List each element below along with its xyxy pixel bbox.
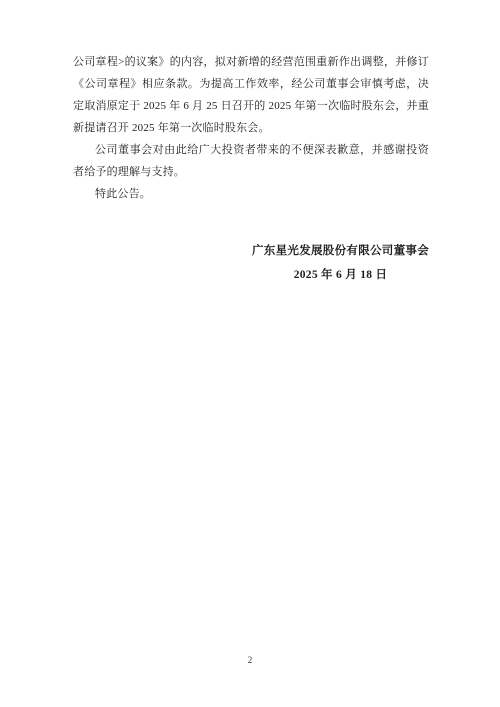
signature-block: 广东星光发展股份有限公司董事会 2025 年 6 月 18 日 (73, 240, 429, 286)
paragraph-apology: 公司董事会对由此给广大投资者带来的不便深表歉意，并感谢投资者给予的理解与支持。 (73, 139, 429, 183)
document-content: 公司章程>的议案》的内容，拟对新增的经营范围重新作出调整，并修订《公司章程》相应… (73, 51, 429, 286)
signature-company-name: 广东星光发展股份有限公司董事会 (252, 240, 429, 262)
signature-inner: 广东星光发展股份有限公司董事会 2025 年 6 月 18 日 (252, 240, 429, 286)
signature-date: 2025 年 6 月 18 日 (252, 264, 429, 286)
page-number: 2 (0, 654, 500, 666)
document-page: 公司章程>的议案》的内容，拟对新增的经营范围重新作出调整，并修订《公司章程》相应… (0, 0, 500, 707)
paragraph-closing: 特此公告。 (73, 183, 429, 205)
paragraph-continuation: 公司章程>的议案》的内容，拟对新增的经营范围重新作出调整，并修订《公司章程》相应… (73, 51, 429, 139)
